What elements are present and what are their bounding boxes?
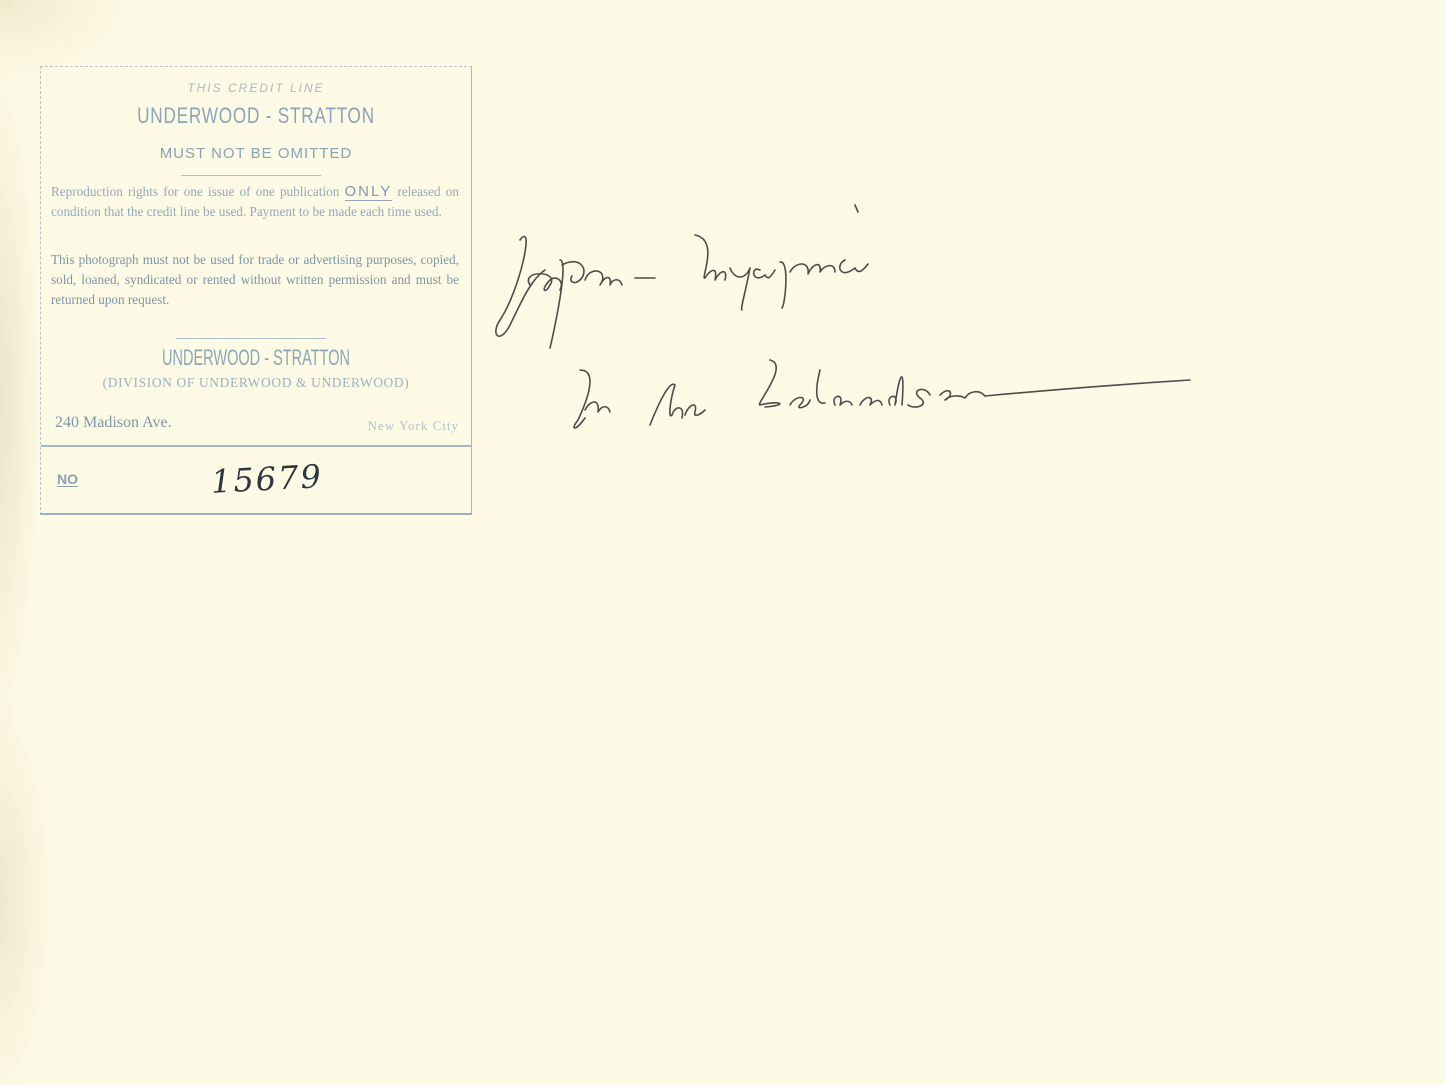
divider-rule [176, 338, 326, 339]
handwriting-line-2: In the Island sea [600, 360, 938, 406]
handwriting-strokes [490, 200, 1250, 450]
address: 240 Madison Ave. [55, 414, 172, 432]
handwritten-caption: Japan - Miyajima In the Island sea [490, 200, 1250, 450]
credit-line-heading: THIS CREDIT LINE [41, 81, 471, 95]
number-value: 15679 [210, 457, 324, 501]
stamp-divider [41, 445, 471, 447]
handwriting-line-1: Japan - Miyajima [510, 240, 851, 286]
must-not-be-omitted: MUST NOT BE OMITTED [41, 145, 471, 162]
credit-stamp: THIS CREDIT LINE UNDERWOOD - STRATTON MU… [40, 66, 472, 515]
city: New York City [368, 418, 459, 434]
only-emphasis: ONLY [345, 183, 393, 201]
restriction-paragraph: This photograph must not be used for tra… [51, 250, 459, 310]
divider-rule [181, 175, 321, 176]
reproduction-rights-paragraph: Reproduction rights for one issue of one… [51, 182, 459, 222]
brand-footer: UNDERWOOD - STRATTON [114, 345, 398, 371]
reproduction-lead: Reproduction rights for one issue of one… [51, 184, 339, 199]
number-label: NO [57, 472, 78, 487]
division-line: (DIVISION OF UNDERWOOD & UNDERWOOD) [41, 375, 471, 391]
brand-header: UNDERWOOD - STRATTON [88, 103, 423, 129]
